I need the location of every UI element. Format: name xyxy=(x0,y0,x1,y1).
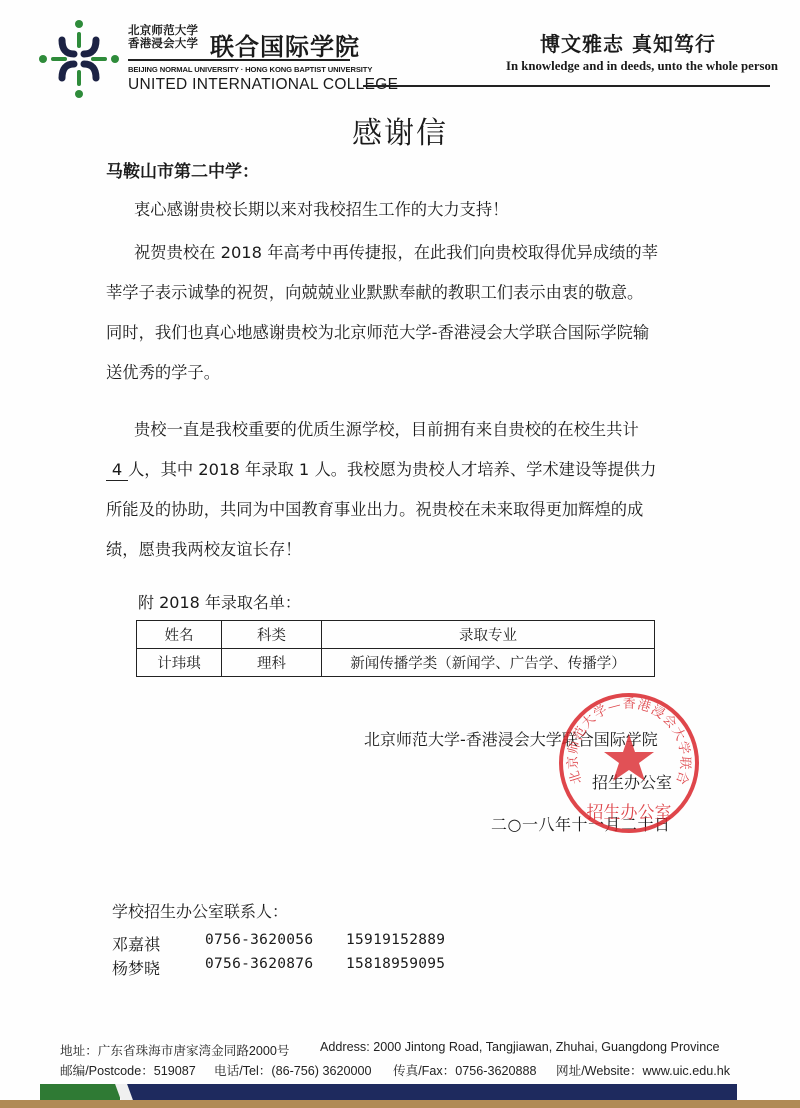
brand-college-cn: 联合国际学院 xyxy=(210,27,360,62)
paragraph-1: 衷心感谢贵校长期以来对我校招生工作的大力支持！ xyxy=(106,190,666,230)
salutation: 马鞍山市第二中学： xyxy=(106,157,259,182)
cell-major: 新闻传播学类（新闻学、广告学、传播学） xyxy=(322,649,655,677)
paragraph-line: 贵校一直是我校重要的优质生源学校，目前拥有来自贵校的在校生共计 xyxy=(106,410,666,450)
signature-date: 二○一八年十一月二十日 xyxy=(491,812,670,835)
brand-hkbu: 香港浸会大学 xyxy=(128,37,208,50)
paragraph-line: 4人，其中 2018 年录取 1 人。我校愿为贵校人才培养、学术建设等提供力 xyxy=(106,450,666,490)
footer-address-en: Address: 2000 Jintong Road, Tangjiawan, … xyxy=(320,1040,720,1054)
contact-tel: 0756-3620056 xyxy=(205,932,313,948)
header-name: 姓名 xyxy=(137,621,222,649)
paragraph-line: 绩，愿贵我两校友谊长存！ xyxy=(106,530,666,570)
contact-tel: 0756-3620876 xyxy=(205,956,313,972)
footer-fax: 传真/Fax：0756-3620888 xyxy=(393,1060,537,1079)
table-header-row: 姓名 科类 录取专业 xyxy=(137,621,655,649)
paragraph-line: 所能及的协助，共同为中国教育事业出力。祝贵校在未来取得更加辉煌的成 xyxy=(106,490,666,530)
paragraph-line: 莘学子表示诚挚的祝贺，向兢兢业业默默奉献的教职工们表示由衷的敬意。 xyxy=(106,273,666,313)
motto-cn: 博文雅志 真知笃行 xyxy=(540,28,716,57)
footer-band-green xyxy=(40,1084,120,1100)
header-category: 科类 xyxy=(222,621,322,649)
paragraph-line: 同时，我们也真心地感谢贵校为北京师范大学-香港浸会大学联合国际学院输 xyxy=(106,313,666,353)
paragraph-line: 祝贺贵校在 2018 年高考中再传捷报，在此我们向贵校取得优异成绩的莘 xyxy=(106,233,666,273)
signature-office: 招生办公室 xyxy=(592,770,672,793)
motto-en: In knowledge and in deeds, unto the whol… xyxy=(506,59,778,74)
header-major: 录取专业 xyxy=(322,621,655,649)
footer-tel: 电话/Tel：(86-756) 3620000 xyxy=(214,1060,372,1079)
brand-parent-universities: 北京师范大学 香港浸会大学 xyxy=(128,24,208,50)
paragraph-3: 贵校一直是我校重要的优质生源学校，目前拥有来自贵校的在校生共计 4人，其中 20… xyxy=(106,410,666,570)
brand-parent-en: BEIJING NORMAL UNIVERSITY · HONG KONG BA… xyxy=(128,65,372,74)
cell-name: 计玮琪 xyxy=(137,649,222,677)
letter-title: 感谢信 xyxy=(0,108,800,152)
desk-edge xyxy=(0,1100,800,1108)
admission-table: 姓名 科类 录取专业 计玮琪 理科 新闻传播学类（新闻学、广告学、传播学） xyxy=(136,620,655,677)
contacts-title: 学校招生办公室联系人： xyxy=(112,899,288,922)
paragraph-text: 人，其中 2018 年录取 1 人。我校愿为贵校人才培养、学术建设等提供力 xyxy=(128,460,656,479)
footer-website: 网址/Website：www.uic.edu.hk xyxy=(556,1060,730,1079)
letterhead: 北京师范大学 香港浸会大学 联合国际学院 BEIJING NORMAL UNIV… xyxy=(0,0,800,92)
uic-logo-icon xyxy=(38,18,120,100)
paragraph-2: 祝贺贵校在 2018 年高考中再传捷报，在此我们向贵校取得优异成绩的莘 莘学子表… xyxy=(106,233,666,393)
paragraph-line: 衷心感谢贵校长期以来对我校招生工作的大力支持！ xyxy=(106,190,666,230)
contact-mobile: 15919152889 xyxy=(346,932,445,948)
paragraph-line: 送优秀的学子。 xyxy=(106,353,666,393)
signature-school: 北京师范大学-香港浸会大学联合国际学院 xyxy=(364,727,658,750)
contact-mobile: 15818959095 xyxy=(346,956,445,972)
table-row: 计玮琪 理科 新闻传播学类（新闻学、广告学、传播学） xyxy=(137,649,655,677)
brand-college-en: UNITED INTERNATIONAL COLLEGE xyxy=(128,76,398,94)
footer-address-cn: 地址：广东省珠海市唐家湾金同路2000号 xyxy=(60,1040,290,1059)
footer-band-blue xyxy=(126,1084,737,1100)
annex-label: 附 2018 年录取名单： xyxy=(138,590,301,613)
footer-postcode: 邮编/Postcode：519087 xyxy=(60,1060,196,1079)
contact-name: 邓嘉祺 xyxy=(112,932,160,955)
contact-name: 杨梦晓 xyxy=(112,956,160,979)
header-divider xyxy=(363,85,770,87)
brand-divider xyxy=(128,59,350,61)
total-students-count: 4 xyxy=(106,460,128,481)
cell-category: 理科 xyxy=(222,649,322,677)
